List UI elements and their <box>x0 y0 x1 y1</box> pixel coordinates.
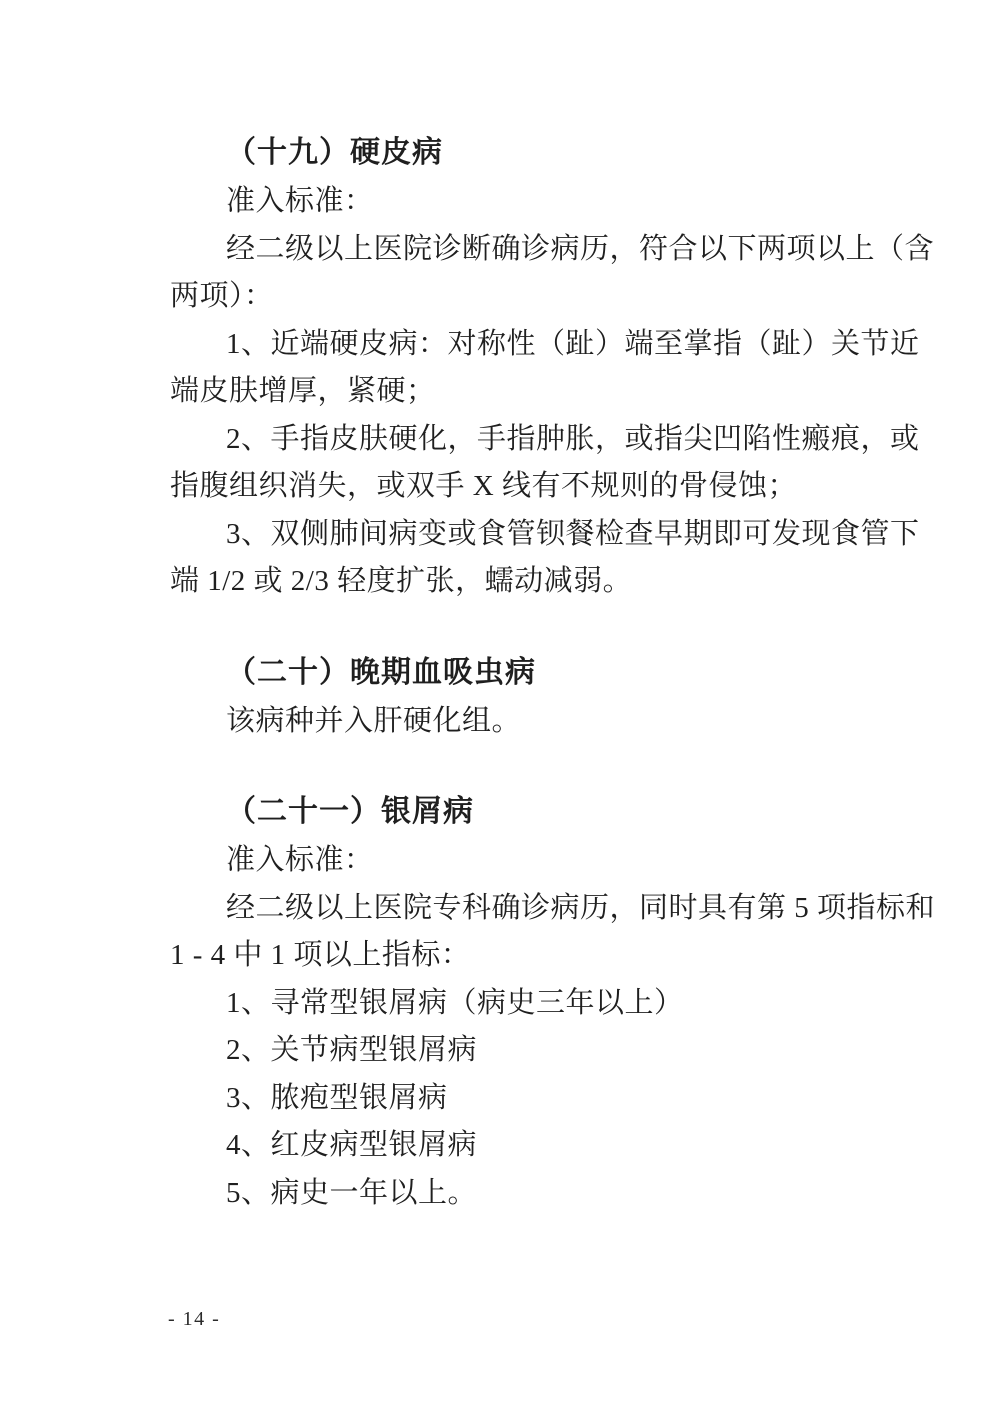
section-psoriasis: （二十一）银屑病 准入标准： 经二级以上医院专科确诊病历，同时具有第 5 项指标… <box>170 787 876 1217</box>
section-heading-psoriasis: （二十一）银屑病 <box>170 787 876 837</box>
document-content: （十九）硬皮病 准入标准： 经二级以上医院诊断确诊病历，符合以下两项以上（含 两… <box>170 128 876 1217</box>
text-line: 1、近端硬皮病：对称性（趾）端至掌指（趾）关节近 <box>170 321 876 369</box>
section-scleroderma: （十九）硬皮病 准入标准： 经二级以上医院诊断确诊病历，符合以下两项以上（含 两… <box>170 128 876 606</box>
text-line: 端皮肤增厚，紧硬； <box>170 368 876 416</box>
section-heading-schistosomiasis: （二十）晚期血吸虫病 <box>170 648 876 698</box>
section-heading-scleroderma: （十九）硬皮病 <box>170 128 876 178</box>
text-line: 4、红皮病型银屑病 <box>170 1122 876 1170</box>
text-line: 3、双侧肺间病变或食管钡餐检查早期即可发现食管下 <box>170 511 876 559</box>
text-line: 两项）： <box>170 273 876 321</box>
text-line: 1、寻常型银屑病（病史三年以上） <box>170 980 876 1028</box>
text-line: 2、手指皮肤硬化，手指肿胀，或指尖凹陷性瘢痕，或 <box>170 416 876 464</box>
document-page: （十九）硬皮病 准入标准： 经二级以上医院诊断确诊病历，符合以下两项以上（含 两… <box>0 0 1000 1414</box>
text-line: 5、病史一年以上。 <box>170 1170 876 1218</box>
text-line: 指腹组织消失，或双手 X 线有不规则的骨侵蚀； <box>170 463 876 511</box>
text-line: 2、关节病型银屑病 <box>170 1027 876 1075</box>
text-line: 准入标准： <box>170 178 876 226</box>
text-line: 经二级以上医院诊断确诊病历，符合以下两项以上（含 <box>170 226 876 274</box>
text-line: 1 - 4 中 1 项以上指标： <box>170 932 876 980</box>
page-number: - 14 - <box>168 1308 220 1331</box>
text-line: 该病种并入肝硬化组。 <box>170 698 876 746</box>
text-line: 准入标准： <box>170 837 876 885</box>
text-line: 经二级以上医院专科确诊病历，同时具有第 5 项指标和 <box>170 885 876 933</box>
section-schistosomiasis: （二十）晚期血吸虫病 该病种并入肝硬化组。 <box>170 648 876 746</box>
text-line: 端 1/2 或 2/3 轻度扩张，蠕动减弱。 <box>170 558 876 606</box>
text-line: 3、脓疱型银屑病 <box>170 1075 876 1123</box>
